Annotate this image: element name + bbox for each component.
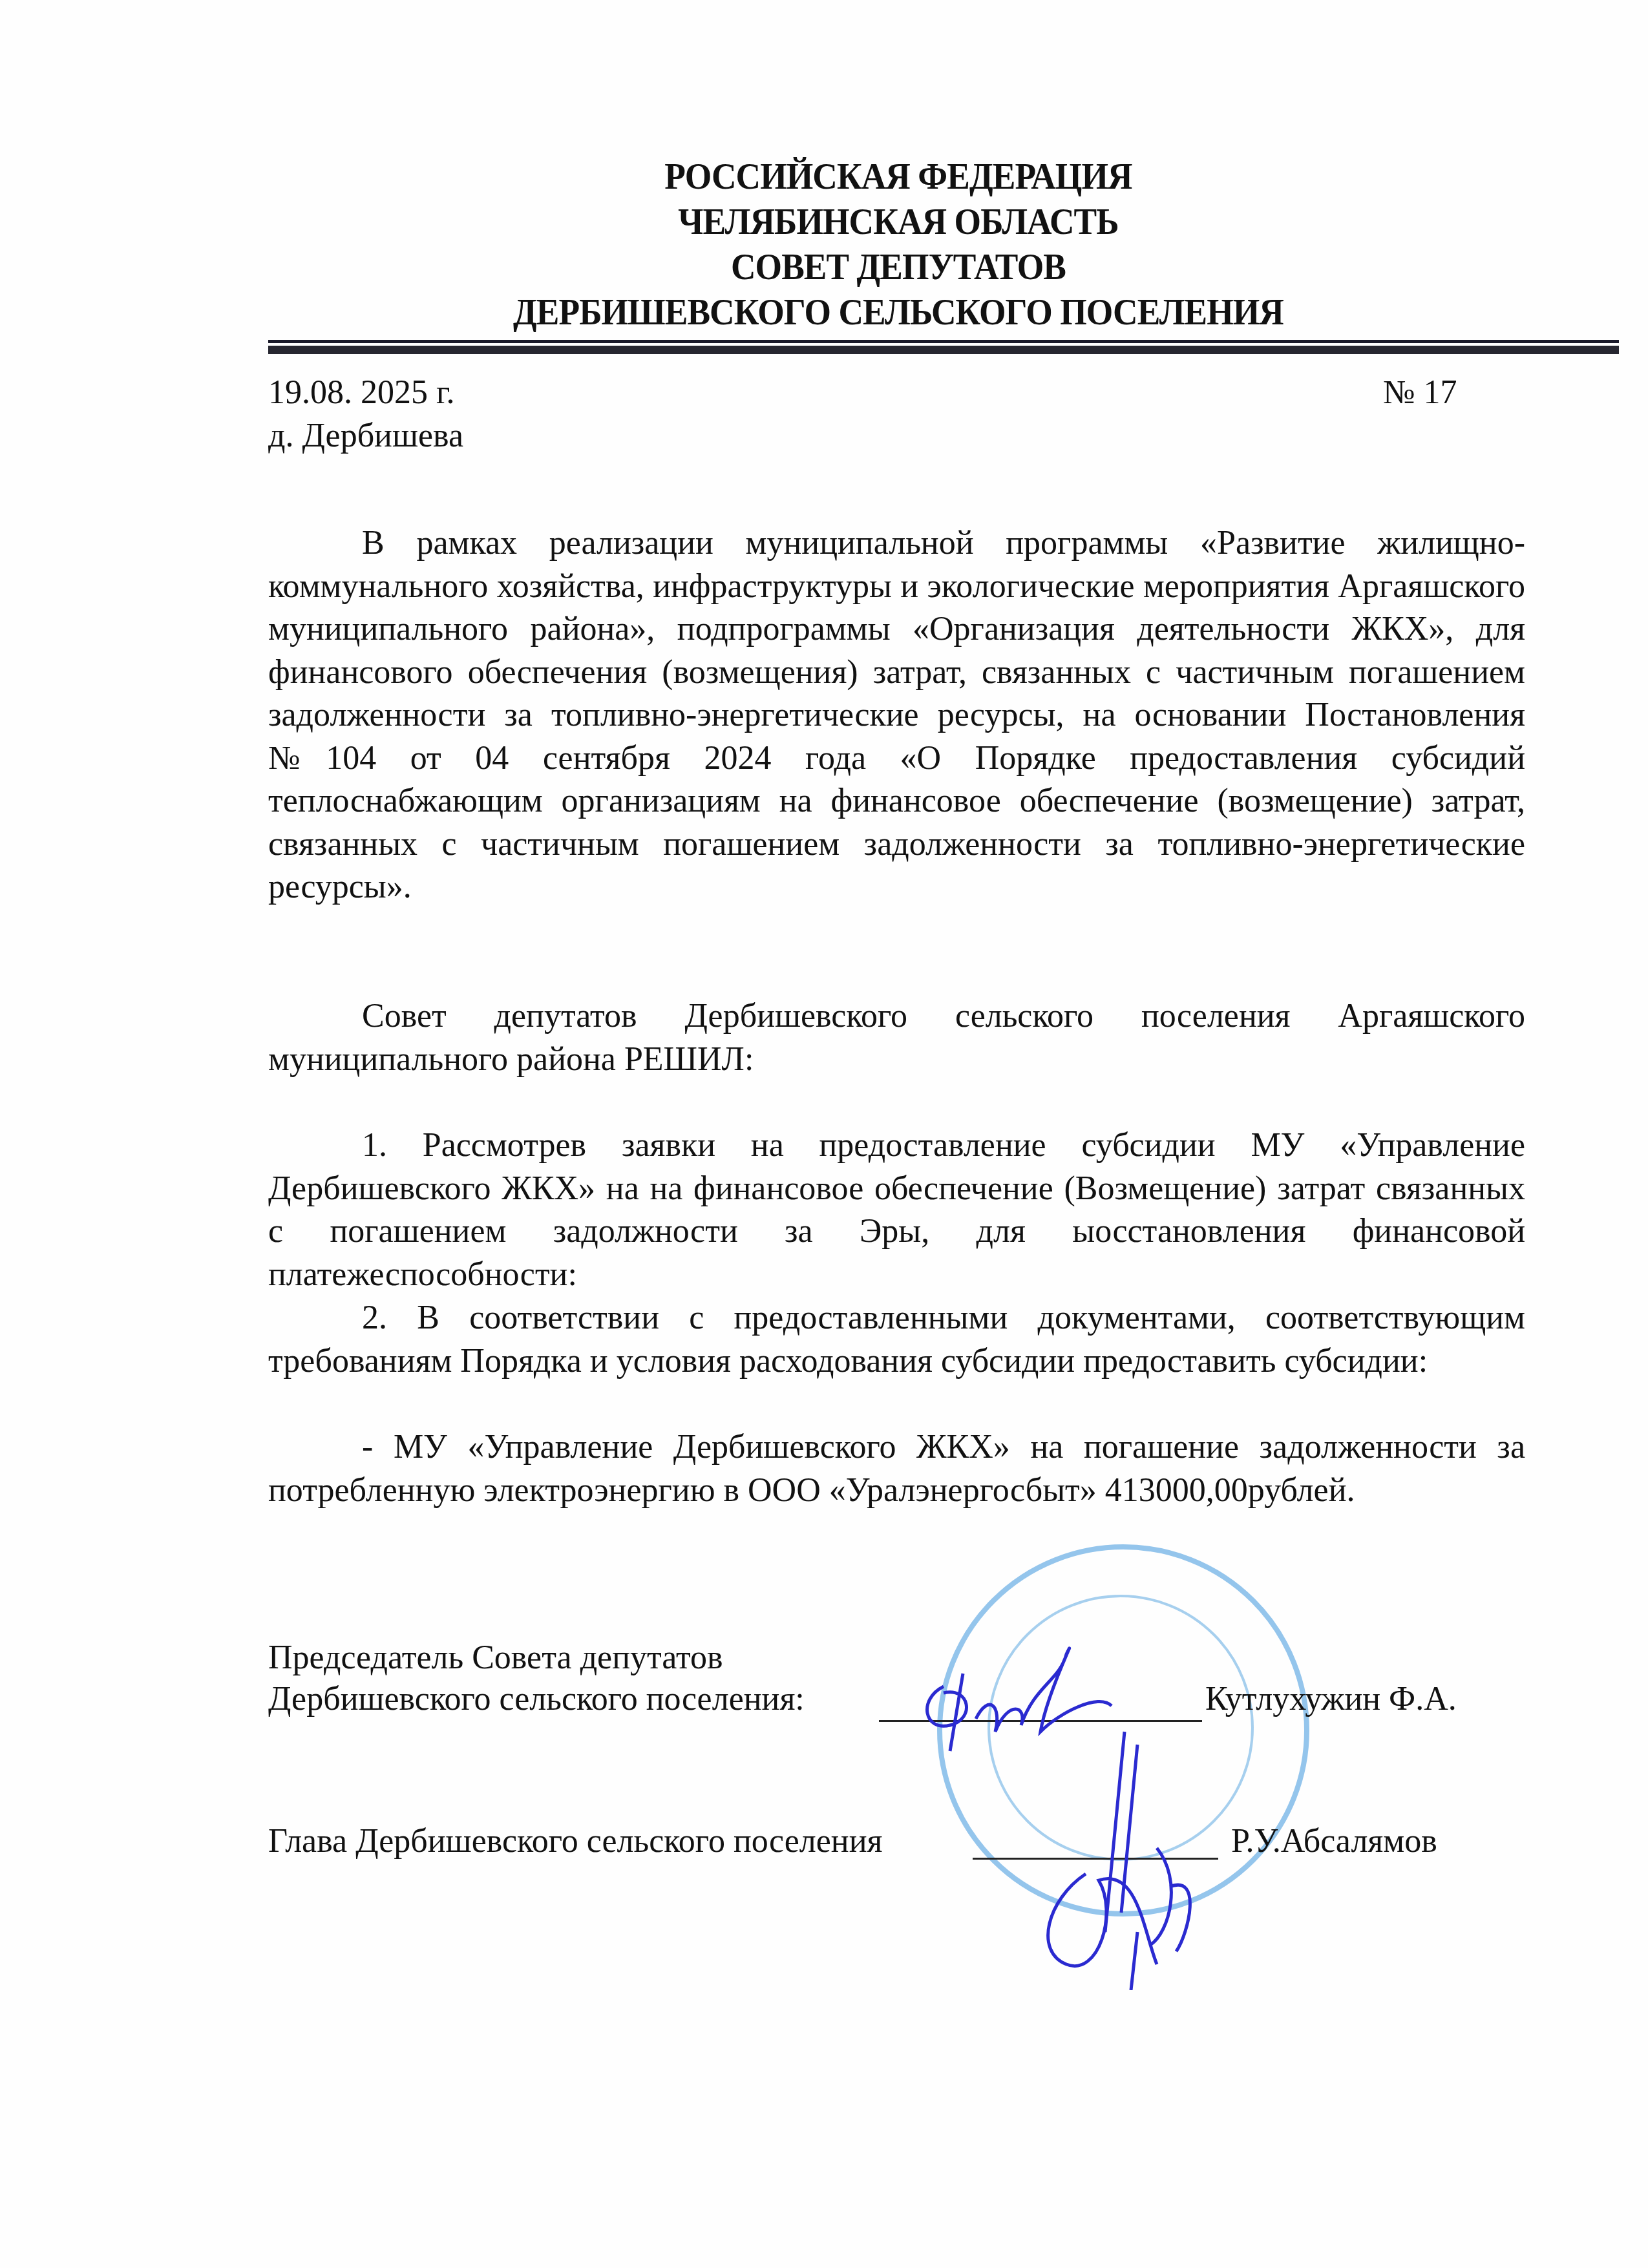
decision-item-1: 1. Рассмотрев заявки на предоставление с… (268, 1124, 1525, 1296)
header-line-country: РОССИЙСКАЯ ФЕДЕРАЦИЯ (452, 154, 1344, 199)
chair-title-line2: Дербишевского сельского поселения: (268, 1680, 805, 1719)
head-signature-icon (1008, 1719, 1215, 1990)
decision-intro: Совет депутатов Дербишевского сельского … (268, 995, 1525, 1081)
document-date: 19.08. 2025 г. (268, 373, 454, 412)
header-divider-thick (268, 346, 1619, 354)
preamble-paragraph: В рамках реализации муниципальной програ… (268, 522, 1525, 909)
chair-title-line1: Председатель Совета депутатов (268, 1639, 723, 1677)
header-line-council: СОВЕТ ДЕПУТАТОВ (452, 244, 1344, 289)
head-name: Р.У.Абсалямов (1231, 1822, 1437, 1861)
document-place: д. Дербишева (268, 417, 463, 456)
header-line-region: ЧЕЛЯБИНСКАЯ ОБЛАСТЬ (452, 199, 1344, 244)
header-line-settlement: ДЕРБИШЕВСКОГО СЕЛЬСКОГО ПОСЕЛЕНИЯ (452, 289, 1344, 335)
decision-item-2: 2. В соответствии с предоставленными док… (268, 1297, 1525, 1383)
decision-item-2-subsidy: - МУ «Управление Дербишевского ЖКХ» на п… (268, 1426, 1525, 1512)
document-number: № 17 (1383, 373, 1457, 412)
header-divider-thin (268, 340, 1619, 343)
chair-name: Кутлухужин Ф.А. (1205, 1680, 1457, 1719)
head-title: Глава Дербишевского сельского поселения (268, 1822, 882, 1861)
document-header: РОССИЙСКАЯ ФЕДЕРАЦИЯ ЧЕЛЯБИНСКАЯ ОБЛАСТЬ… (452, 154, 1344, 335)
document-page: РОССИЙСКАЯ ФЕДЕРАЦИЯ ЧЕЛЯБИНСКАЯ ОБЛАСТЬ… (0, 0, 1648, 2268)
